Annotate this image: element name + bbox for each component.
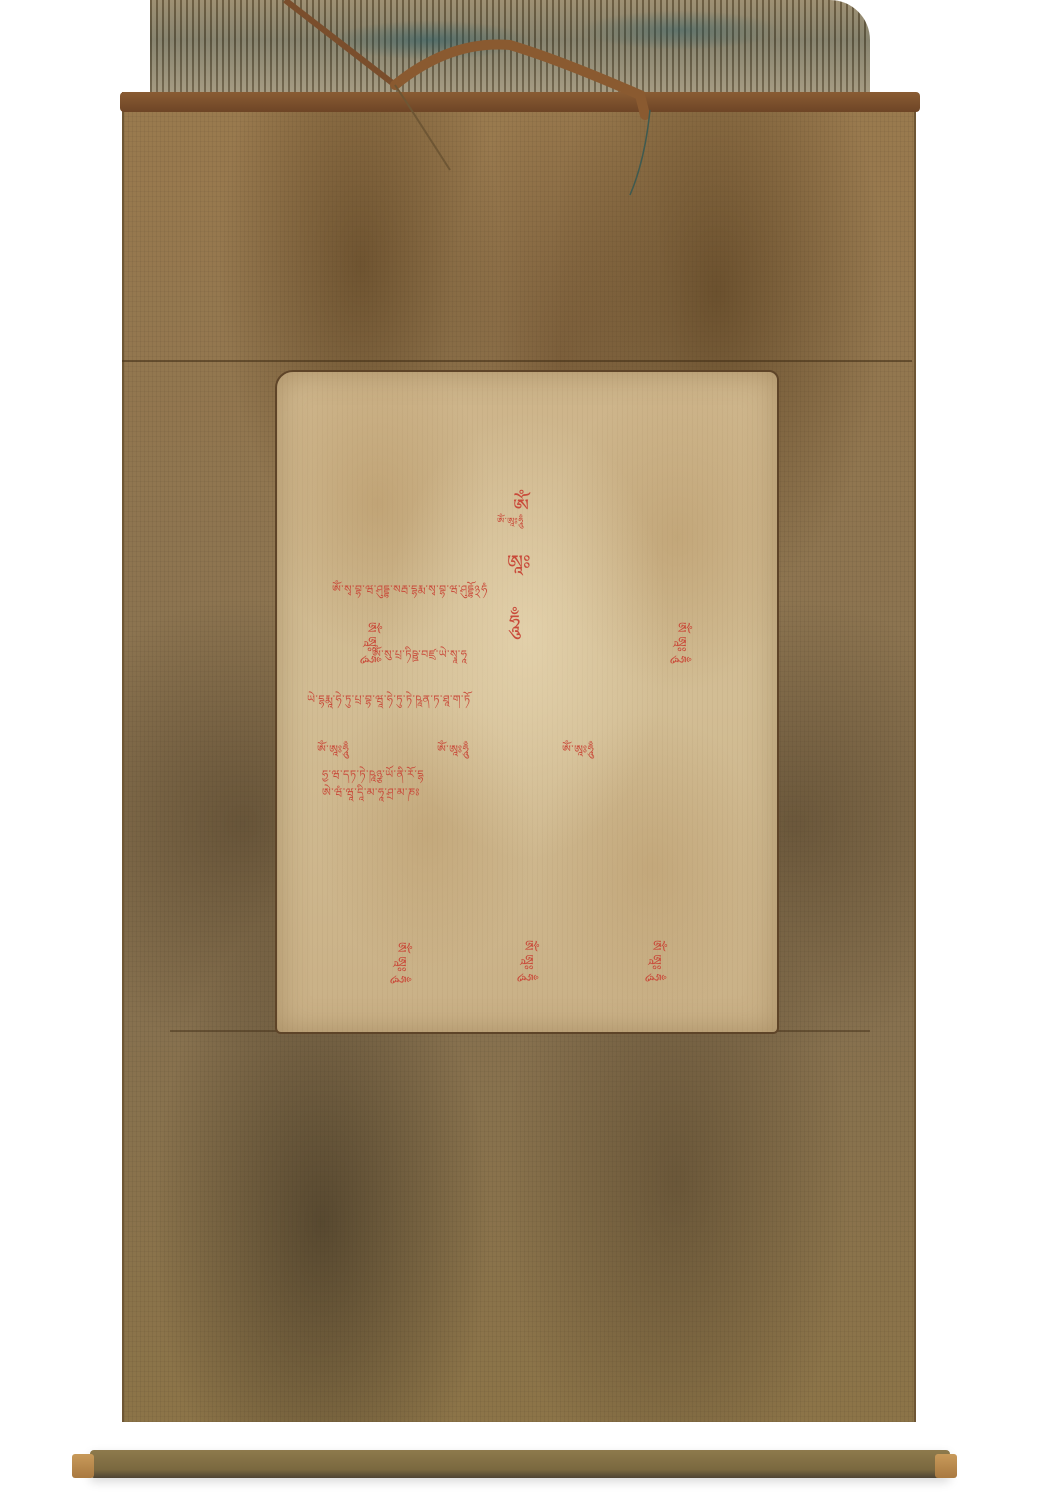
inscription-line: ཨོཾ་སྭ་བྷ་ཝ་ཤུདྡྷ་སརྦ་དྷརྨ་སྭ་བྷ་ཝ་ཤུདྡྷ…	[332, 577, 488, 608]
painting-panel-reverse: ༀ ཨོཾ་ཨཱཿཧཱུྃ ཨཱཿ ཨོཾ་སྭ་བྷ་ཝ་ཤུདྡྷ་སརྦ་…	[275, 370, 779, 1034]
painting-top-fragment	[150, 0, 870, 100]
top-rod	[120, 92, 920, 112]
blue-pigment-smudge	[580, 10, 780, 50]
inscription-top-sub: ཨོཾ་ཨཱཿཧཱུྃ	[497, 512, 524, 537]
inscription-line: ཨོཾ་ཨཱཿཧཱུྃ	[437, 737, 469, 768]
rod-end-left	[72, 1454, 94, 1478]
blue-pigment-smudge	[330, 20, 530, 60]
inscription-mid-syllable: ཨཱཿ	[507, 540, 531, 596]
bottom-roll	[90, 1450, 950, 1478]
inscription-line: ཨེ་ཝཾ་ཝཱ་དཱི་མ་ཧཱ་ཤྲ་མ་ཎཿ	[322, 780, 420, 811]
rod-end-right	[935, 1454, 957, 1478]
inscription-bottom-left: ༀཨཱཿཧཱུྃ	[382, 942, 419, 987]
inscription-line: ཨོཾ་ཨཱཿཧཱུྃ	[562, 737, 594, 768]
seam-line	[122, 360, 912, 362]
inscription-bottom-center: ༀཨཱཿཧཱུྃ	[509, 940, 546, 985]
inscription-heart-syllable: ཧཱུྃ	[509, 600, 521, 656]
inscription-left-vertical: ༀཨཱཿཧཱུྃ	[352, 622, 389, 667]
inscription-bottom-right: ༀཨཱཿཧཱུྃ	[637, 940, 674, 985]
inscription-right-vertical: ༀཨཱཿཧཱུྃ	[662, 622, 699, 667]
inscription-line: ཡེ་དྷརྨཱ་ཧེ་ཏུ་པྲ་བྷ་ཝཱ་ཧེ་ཏུ་ཏེ་ཥཱན་ཏ་ཐ…	[307, 687, 471, 718]
